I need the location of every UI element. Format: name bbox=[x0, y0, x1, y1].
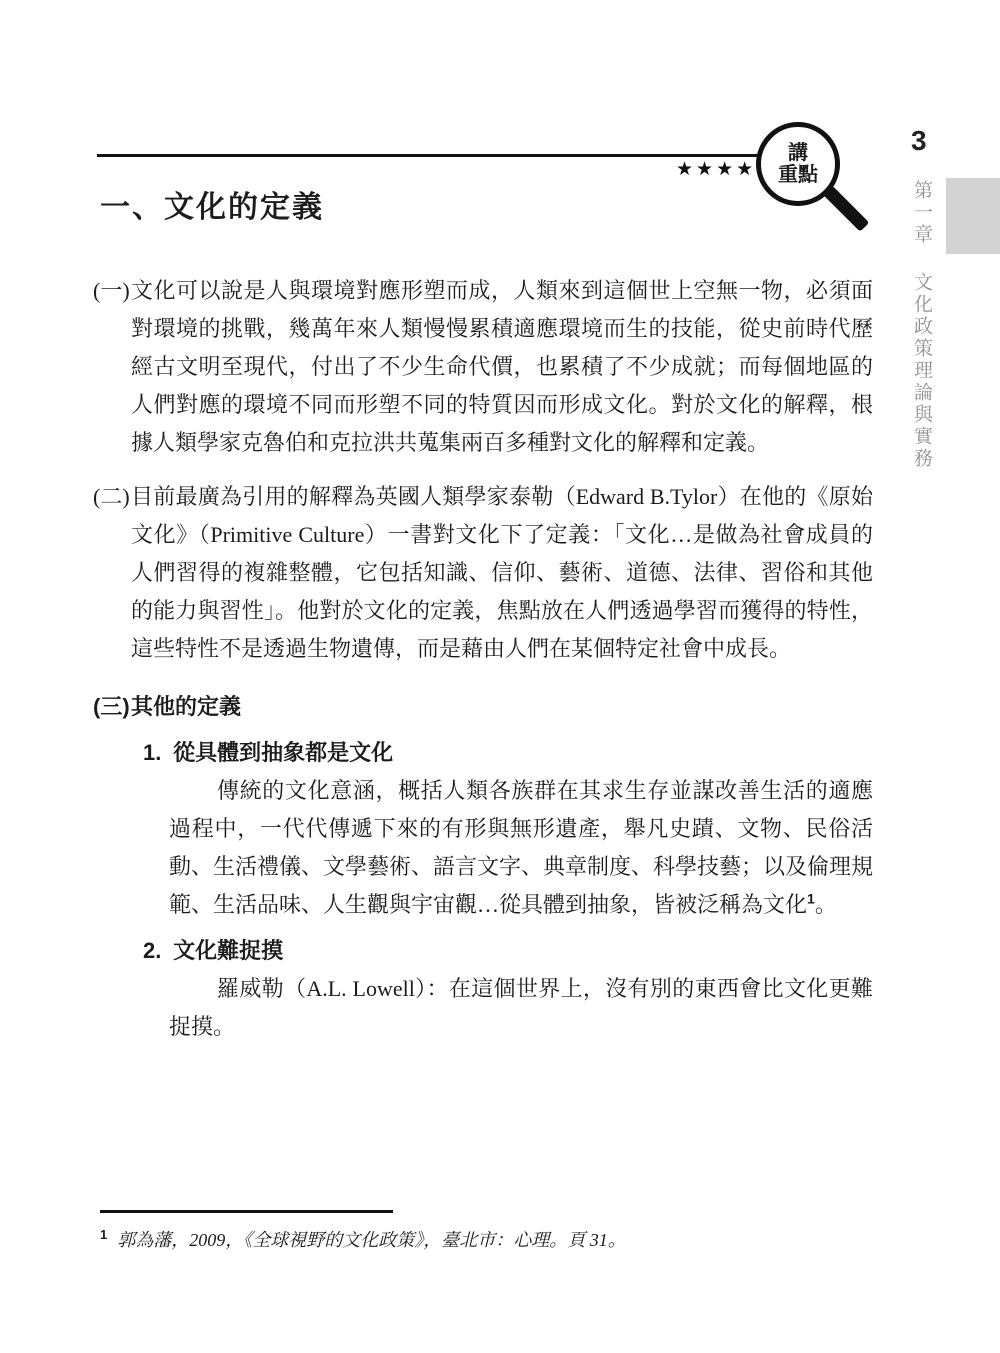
chapter-tab-marker bbox=[946, 178, 1000, 254]
badge-text-line2: 重點 bbox=[778, 164, 818, 186]
item-2-title-row: 2. 文化難捉摸 bbox=[93, 932, 873, 970]
item-1-body-text: 傳統的文化意涵，概括人類各族群在其求生存並謀改善生活的適應過程中，一代代傳遞下來… bbox=[169, 778, 873, 917]
item-2-body-text: 羅威勒（A.L. Lowell）：在這個世界上，沒有別的東西會比文化更難捉摸。 bbox=[169, 976, 873, 1039]
page-title: 一、文化的定義 bbox=[100, 182, 324, 226]
section-3-heading: (三) 其他的定義 bbox=[93, 688, 873, 726]
item-1-body: 傳統的文化意涵，概括人類各族群在其求生存並謀改善生活的適應過程中，一代代傳遞下來… bbox=[169, 772, 873, 924]
chapter-label: 第一章 bbox=[908, 180, 935, 246]
header-rule bbox=[97, 154, 765, 157]
paragraph-2-text: 目前最廣為引用的解釋為英國人類學家泰勒（Edward B.Tylor）在他的《原… bbox=[131, 484, 873, 661]
paragraph-1-label: (一) bbox=[93, 272, 130, 310]
item-2-body: 羅威勒（A.L. Lowell）：在這個世界上，沒有別的東西會比文化更難捉摸。 bbox=[169, 970, 873, 1046]
footnote-ref-1: 1 bbox=[807, 891, 815, 907]
footnote-text: 郭為藩，2009，《全球視野的文化政策》，臺北市：心理。頁 31。 bbox=[117, 1230, 626, 1250]
book-page: 一、文化的定義 ★★★★ 講 重點 3 第一章文化政策理論與實務 (一) 文化可… bbox=[0, 0, 1000, 1353]
item-1-body-suffix: 。 bbox=[815, 892, 837, 917]
book-title: 文化政策理論與實務 bbox=[911, 272, 932, 470]
item-1-title: 從具體到抽象都是文化 bbox=[173, 740, 393, 765]
page-number: 3 bbox=[911, 125, 927, 157]
paragraph-1-text: 文化可以說是人與環境對應形塑而成，人類來到這個世上空無一物，必須面對環境的挑戰，… bbox=[131, 278, 873, 455]
section-3-heading-text: 其他的定義 bbox=[131, 694, 241, 719]
section-3-label: (三) bbox=[93, 688, 130, 726]
footnote-marker: 1 bbox=[100, 1227, 107, 1242]
sidebar-vertical-text: 第一章文化政策理論與實務 bbox=[908, 180, 935, 600]
key-point-magnifier-icon: 講 重點 bbox=[756, 122, 840, 206]
paragraph-2: (二) 目前最廣為引用的解釋為英國人類學家泰勒（Edward B.Tylor）在… bbox=[93, 478, 873, 668]
paragraph-2-label: (二) bbox=[93, 478, 130, 516]
item-1-number: 1. bbox=[143, 734, 167, 772]
importance-stars: ★★★★ bbox=[676, 158, 756, 180]
badge-text-line1: 講 bbox=[788, 142, 808, 164]
item-2-number: 2. bbox=[143, 932, 167, 970]
item-1-title-row: 1. 從具體到抽象都是文化 bbox=[93, 734, 873, 772]
paragraph-1: (一) 文化可以說是人與環境對應形塑而成，人類來到這個世上空無一物，必須面對環境… bbox=[93, 272, 873, 462]
footnote: 1郭為藩，2009，《全球視野的文化政策》，臺北市：心理。頁 31。 bbox=[100, 1222, 820, 1253]
item-2-title: 文化難捉摸 bbox=[173, 938, 283, 963]
footnote-divider bbox=[100, 1210, 393, 1213]
main-content: (一) 文化可以說是人與環境對應形塑而成，人類來到這個世上空無一物，必須面對環境… bbox=[93, 272, 873, 1046]
